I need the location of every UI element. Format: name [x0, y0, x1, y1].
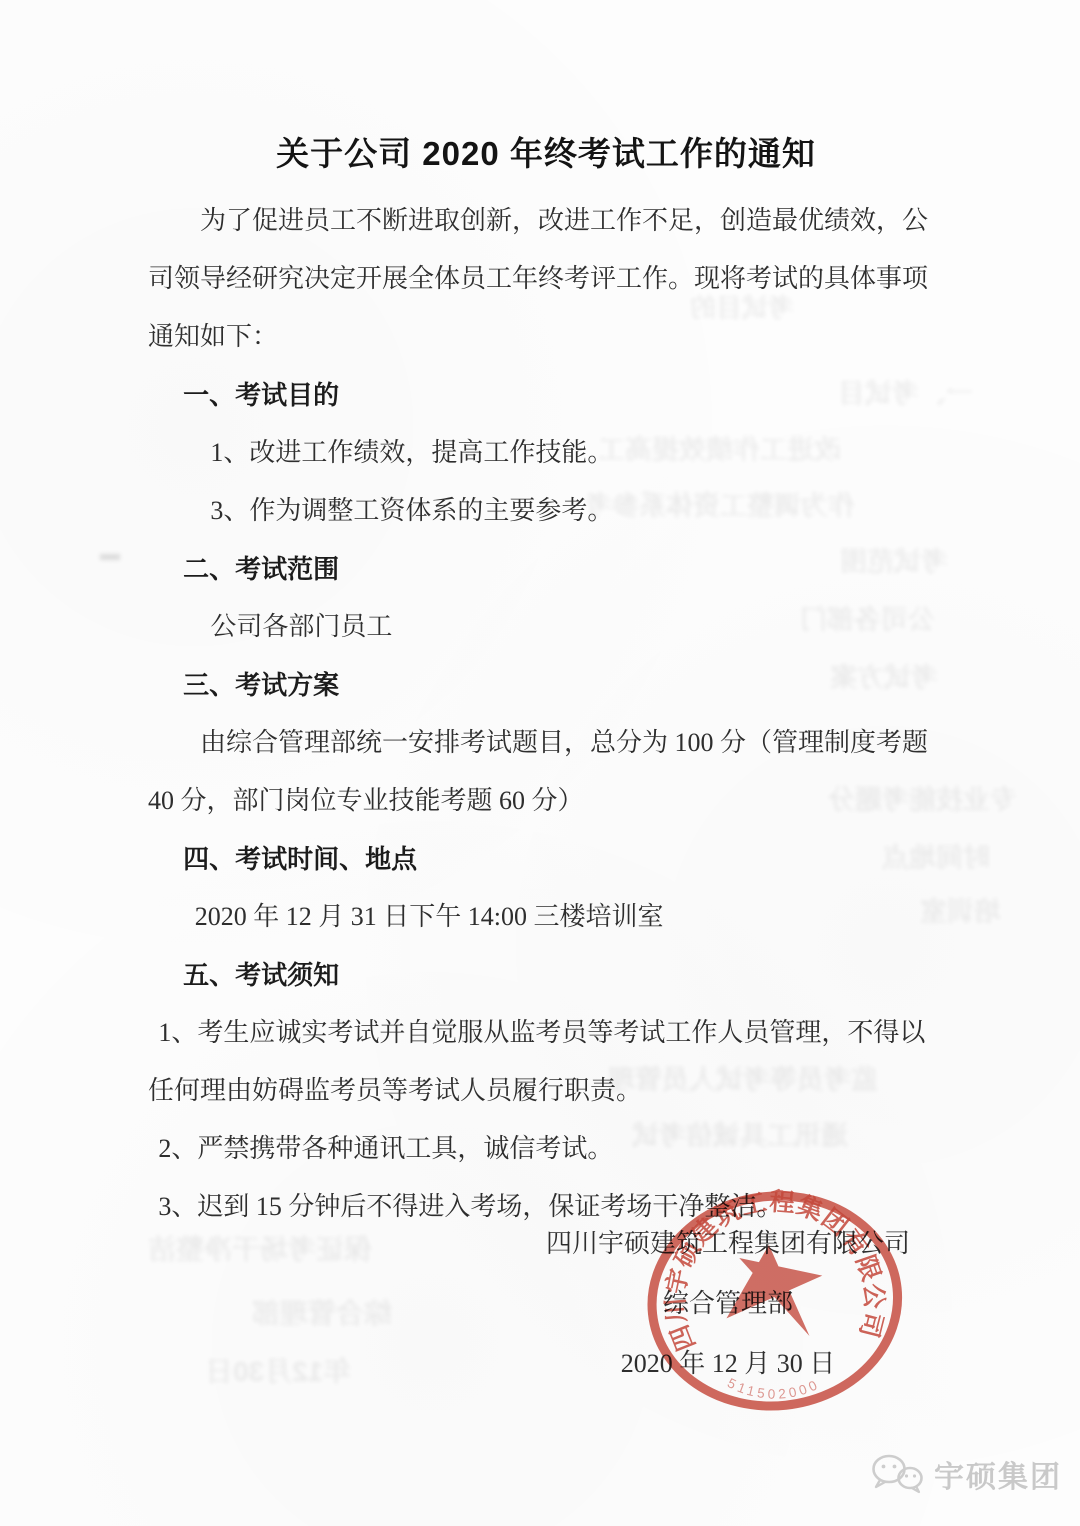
- intro-line: 通知如下：: [148, 308, 944, 366]
- section-heading-4: 四、考试时间、地点: [148, 830, 944, 888]
- bleedthrough-text: 综合管理部: [252, 1292, 392, 1332]
- section-5-item: 1、考生应诚实考试并自觉服从监考员等考试工作人员管理，不得以: [148, 1004, 944, 1062]
- document-text: 为了促进员工不断进取创新，改进工作不足，创造最优绩效，公 司领导经研究决定开展全…: [148, 192, 944, 1236]
- section-3-item: 由综合管理部统一安排考试题目，总分为 100 分（管理制度考题: [148, 714, 944, 772]
- section-heading-1: 一、考试目的: [148, 366, 944, 424]
- bleedthrough-text: 年12月30日: [205, 1350, 351, 1390]
- document-title: 关于公司 2020 年终考试工作的通知: [148, 128, 944, 175]
- scan-smudge: [100, 554, 120, 560]
- section-1-item: 1、改进工作绩效，提高工作技能。: [148, 424, 944, 482]
- section-heading-5: 五、考试须知: [148, 946, 944, 1004]
- watermark: 宇硕集团: [868, 1452, 1062, 1496]
- seal-star-icon: [719, 1240, 828, 1345]
- intro-line: 为了促进员工不断进取创新，改进工作不足，创造最优绩效，公: [148, 192, 944, 250]
- section-5-item: 任何理由妨碍监考员等考试人员履行职责。: [148, 1062, 944, 1120]
- section-1-item: 3、作为调整工资体系的主要参考。: [148, 482, 944, 540]
- section-heading-2: 二、考试范围: [148, 540, 944, 598]
- company-seal-stamp: 四川宇硕建筑工程集团有限公司 511502000: [632, 1173, 917, 1433]
- intro-line: 司领导经研究决定开展全体员工年终考评工作。现将考试的具体事项: [148, 250, 944, 308]
- section-3-item: 40 分，部门岗位专业技能考题 60 分）: [148, 772, 944, 830]
- section-4-item: 2020 年 12 月 31 日下午 14:00 三楼培训室: [148, 888, 944, 946]
- document-body: 关于公司 2020 年终考试工作的通知 为了促进员工不断进取创新，改进工作不足，…: [148, 0, 944, 1236]
- section-2-item: 公司各部门员工: [148, 598, 944, 656]
- watermark-label: 宇硕集团: [934, 1452, 1062, 1496]
- section-5-item: 2、严禁携带各种通讯工具，诚信考试。: [148, 1120, 944, 1178]
- section-heading-3: 三、考试方案: [148, 656, 944, 714]
- scanned-document-page: 考试目的一、考试目改进工作绩效提高工作为调整工资体系参考考试范围公司各部门考试方…: [0, 0, 1080, 1526]
- wechat-logo-icon: [868, 1453, 926, 1495]
